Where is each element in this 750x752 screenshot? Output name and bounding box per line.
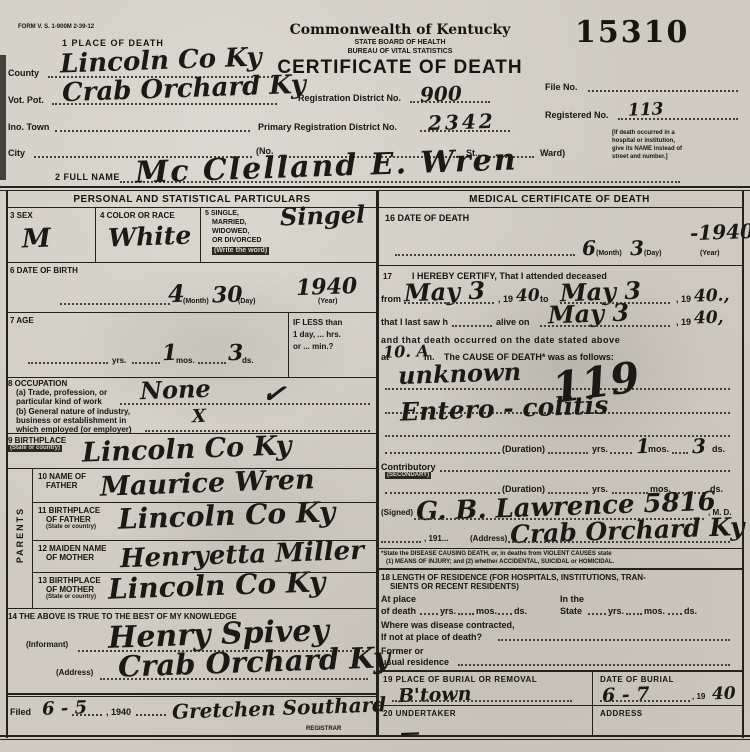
cause-line1-value: unknown <box>398 360 522 388</box>
marital-label-3: WIDOWED, <box>212 228 249 236</box>
registrar-signature: Gretchen Southard <box>172 694 387 721</box>
footnote-line2: (1) MEANS OF INJURY; and (2) whether ACC… <box>386 559 741 566</box>
full-name-label: 2 FULL NAME <box>55 172 120 182</box>
mother-birthplace-value: Lincoln Co Ky <box>108 568 326 604</box>
date-of-burial-value: 6 - 7 <box>602 685 650 706</box>
undertaker-address-label: ADDRESS <box>600 709 643 718</box>
dotted-line <box>404 302 494 304</box>
rule <box>0 190 750 191</box>
votpot-label: Vot. Pot. <box>8 95 44 105</box>
signed-label: (Signed) <box>381 508 413 517</box>
board-line: STATE BOARD OF HEALTH <box>280 39 520 47</box>
rule <box>379 548 742 549</box>
rule <box>0 735 750 737</box>
in-the-label: In the <box>560 594 584 604</box>
form-number: FORM V. S. 1-900M 2-39-12 <box>18 24 94 31</box>
primary-registration-label: Primary Registration District No. <box>258 122 397 132</box>
dotted-line <box>498 613 512 615</box>
state-label: State <box>560 606 582 616</box>
father-birthplace-label-1: 11 BIRTHPLACE <box>38 506 100 515</box>
date-of-birth-label: 6 DATE OF BIRTH <box>10 266 78 275</box>
rule <box>6 608 376 609</box>
burial-yy-value: 40 <box>712 686 736 704</box>
rule <box>288 313 289 377</box>
dotted-line <box>588 613 606 615</box>
dotted-line <box>410 101 490 103</box>
from-label: from <box>381 294 401 304</box>
contributory-label: Contributory <box>381 462 436 472</box>
at-place-label: At place <box>381 594 416 604</box>
mother-maiden-label-1: 12 MAIDEN NAME <box>38 544 106 553</box>
rule <box>32 469 33 609</box>
duration1-ds: ds. <box>712 444 725 454</box>
votpot-value: Crab Orchard Ky <box>62 72 307 106</box>
res-mos-2: mos. <box>644 606 665 616</box>
dotted-line <box>548 452 588 454</box>
contracted-label-2: If not at place of death? <box>381 632 482 642</box>
rule <box>6 262 376 263</box>
dod-month-label: (Month) <box>596 250 622 258</box>
duration1-ds-value: 3 <box>692 436 707 456</box>
dotted-line <box>55 130 250 132</box>
dob-year-label: (Year) <box>318 298 337 306</box>
dotted-line <box>540 325 670 327</box>
dotted-line <box>458 664 730 666</box>
dob-day-label: (Day) <box>238 298 256 306</box>
father-birthplace-sub-label: (State or country) <box>46 524 96 531</box>
duration1-label: (Duration) <box>502 444 545 454</box>
if-less-label-1: IF LESS than <box>293 318 342 327</box>
county-label: County <box>8 68 39 78</box>
registrar-label: REGISTRAR <box>306 726 341 733</box>
occupation-a-label-1: (a) Trade, profession, or <box>16 388 107 397</box>
from-19: , 19 <box>498 294 513 304</box>
rule <box>742 190 744 738</box>
last-saw-post: alive on <box>496 317 530 327</box>
father-name-label-1: 10 NAME OF <box>38 472 86 481</box>
marital-label-2: MARRIED, <box>212 219 247 227</box>
mother-maiden-label-2: OF MOTHER <box>46 553 94 562</box>
color-race-label: 4 COLOR OR RACE <box>100 211 175 220</box>
dotted-line <box>198 362 226 364</box>
undertaker-label: 20 UNDERTAKER <box>383 709 456 718</box>
contracted-label-1: Where was disease contracted, <box>381 620 515 630</box>
from-yy-value: 40 <box>516 288 540 306</box>
dotted-line <box>420 130 510 132</box>
dotted-line <box>610 452 632 454</box>
last-saw-19: , 19 <box>676 317 691 327</box>
last-saw-yy-value: 40, <box>694 309 724 327</box>
footnote-line1: *State the DISEASE CAUSING DEATH, or, in… <box>381 551 741 558</box>
cause-line2-value: Entero - colitis <box>400 392 609 424</box>
age-mos-label: mos. <box>176 356 195 365</box>
dotted-line <box>498 639 730 641</box>
occupation-label: 8 OCCUPATION <box>8 379 67 388</box>
to-19: , 19 <box>676 294 691 304</box>
dotted-line <box>136 714 166 716</box>
birthplace-sub-label: (State or country) <box>8 445 62 452</box>
duration1-mos: mos. <box>648 444 669 454</box>
dod-year-value: -1940 <box>690 221 750 243</box>
of-death-label: of death <box>381 606 416 616</box>
marital-label-5: (Write the word) <box>212 247 269 255</box>
father-birthplace-value: Lincoln Co Ky <box>118 498 336 534</box>
residence-label-2: SIENTS OR RECENT RESIDENTS) <box>390 582 519 591</box>
dotted-line <box>28 362 108 364</box>
dotted-line <box>440 470 730 472</box>
signed-address-label: (Address) <box>470 534 507 543</box>
dotted-line <box>458 613 474 615</box>
parents-label: PARENTS <box>15 507 25 563</box>
hospital-note-line2: hospital or institution, <box>612 138 675 145</box>
dotted-line <box>672 452 688 454</box>
dotted-line <box>392 700 572 702</box>
hospital-note-line3: give its NAME instead of <box>612 146 682 153</box>
dotted-line <box>452 325 492 327</box>
occupation-a-value: None <box>140 377 211 403</box>
dod-month-value: 6 <box>582 238 597 258</box>
dotted-line <box>626 613 642 615</box>
certificate-title: CERTIFICATE OF DEATH <box>270 57 530 79</box>
rule <box>379 705 742 706</box>
birthplace-label: 9 BIRTHPLACE <box>8 436 66 445</box>
city-ward-label: Ward) <box>540 148 565 158</box>
dotted-line <box>385 492 500 494</box>
sex-value: M <box>22 226 52 253</box>
occupation-b-label-1: (b) General nature of industry, <box>16 407 130 416</box>
birthplace-value: Lincoln Co Ky <box>82 432 292 466</box>
inc-town-label: Ino. Town <box>8 122 49 132</box>
burial-19: , 19 <box>692 692 705 701</box>
res-mos-1: mos. <box>476 606 497 616</box>
last-saw-date-value: May 3 <box>548 301 630 328</box>
rule <box>592 671 593 735</box>
rule <box>0 739 750 740</box>
hospital-note-line1: [If death occurred in a <box>612 130 675 137</box>
place-of-burial-value: B'town <box>398 685 472 707</box>
rule <box>379 670 742 672</box>
hospital-note-line4: street and number.] <box>612 154 668 161</box>
item-17-number: 17 <box>383 272 392 281</box>
occupation-a-label-2: particular kind of work <box>16 397 102 406</box>
rule <box>6 190 8 738</box>
dod-day-value: 3 <box>630 238 645 258</box>
res-ds-2: ds. <box>684 606 697 616</box>
informant-label: (Informant) <box>26 640 68 649</box>
death-certificate-scan: FORM V. S. 1-900M 2-39-12 1 PLACE OF DEA… <box>0 0 750 752</box>
to-yy-value: 40., <box>694 287 730 305</box>
mother-birthplace-sub-label: (State or country) <box>46 594 96 601</box>
dotted-line <box>385 435 730 437</box>
occupation-b-value: X <box>192 408 207 426</box>
father-birthplace-label-2: OF FATHER <box>46 515 91 524</box>
registration-district-label: Registration District No. <box>298 93 401 103</box>
dob-year-value: 1940 <box>296 275 358 299</box>
dotted-line <box>588 90 738 92</box>
age-ds-label: ds. <box>242 356 254 365</box>
certificate-number: 15310 <box>575 16 689 51</box>
rule <box>0 186 750 188</box>
color-race-value: White <box>108 223 192 251</box>
dotted-line <box>385 452 500 454</box>
mother-birthplace-label-1: 13 BIRTHPLACE <box>38 576 101 585</box>
dotted-line <box>668 613 682 615</box>
rule <box>379 568 742 570</box>
bureau-line: BUREAU OF VITAL STATISTICS <box>280 48 520 56</box>
dotted-line <box>600 700 690 702</box>
marital-value: Singel <box>280 203 366 230</box>
dotted-line <box>618 118 738 120</box>
filed-label: Filed <box>10 707 31 717</box>
former-label-1: Former or <box>381 646 424 656</box>
file-no-label: File No. <box>545 82 578 92</box>
rule <box>379 265 742 266</box>
date-of-death-label: 16 DATE OF DEATH <box>385 213 469 223</box>
last-saw-pre: that I last saw h <box>381 317 448 327</box>
rule <box>200 208 201 262</box>
rule <box>379 207 742 208</box>
former-label-2: usual residence <box>381 657 449 667</box>
secondary-label: (SECONDARY) <box>385 472 431 479</box>
registered-no-value: 113 <box>628 101 664 119</box>
res-yrs-1: yrs. <box>440 606 456 616</box>
dotted-line <box>420 613 438 615</box>
dotted-line <box>395 254 575 256</box>
rule <box>6 312 376 313</box>
rule <box>95 208 96 262</box>
dotted-line <box>381 541 421 543</box>
dotted-line <box>72 714 102 716</box>
dotted-line <box>60 303 170 305</box>
age-label: 7 AGE <box>10 316 34 325</box>
dod-year-label: (Year) <box>700 250 719 258</box>
res-yrs-2: yrs. <box>608 606 624 616</box>
commonwealth-line: Commonwealth of Kentucky <box>280 22 520 38</box>
registered-no-label: Registered No. <box>545 110 609 120</box>
duration1-yrs: yrs. <box>592 444 608 454</box>
father-name-label-2: FATHER <box>46 481 77 490</box>
year-19-line: , 191... <box>424 534 448 543</box>
at-time-value: 10. A <box>383 343 429 361</box>
filed-year: , 1940 <box>106 707 131 717</box>
city-label: City <box>8 148 25 158</box>
mother-maiden-value: Henryetta Miller <box>120 538 365 572</box>
occupation-b-label-2: business or establishment in <box>16 416 126 425</box>
father-name-value: Maurice Wren <box>100 466 315 500</box>
if-less-label-2: 1 day, ... hrs. <box>293 330 341 339</box>
if-less-label-3: or ... min.? <box>293 342 333 351</box>
informant-address-label: (Address) <box>56 668 93 677</box>
dotted-line <box>132 362 160 364</box>
medical-section-title: MEDICAL CERTIFICATE OF DEATH <box>379 194 740 206</box>
dotted-line <box>508 541 730 543</box>
dob-month-label: (Month) <box>183 298 209 306</box>
sex-label: 3 SEX <box>10 211 33 220</box>
residence-label-1: 18 LENGTH OF RESIDENCE (FOR HOSPITALS, I… <box>381 573 646 582</box>
dod-day-label: (Day) <box>644 250 662 258</box>
marital-label-4: OR DIVORCED <box>212 237 261 245</box>
age-yrs-label: yrs. <box>112 356 126 365</box>
scan-edge-artifact <box>0 55 6 180</box>
mother-birthplace-label-2: OF MOTHER <box>46 585 94 594</box>
undertaker-mark: — <box>400 722 421 743</box>
check-mark: ✓ <box>260 379 287 410</box>
res-ds-1: ds. <box>514 606 527 616</box>
informant-address-value: Crab Orchard Ky <box>118 643 391 681</box>
marital-label-1: 5 SINGLE, <box>205 210 239 218</box>
